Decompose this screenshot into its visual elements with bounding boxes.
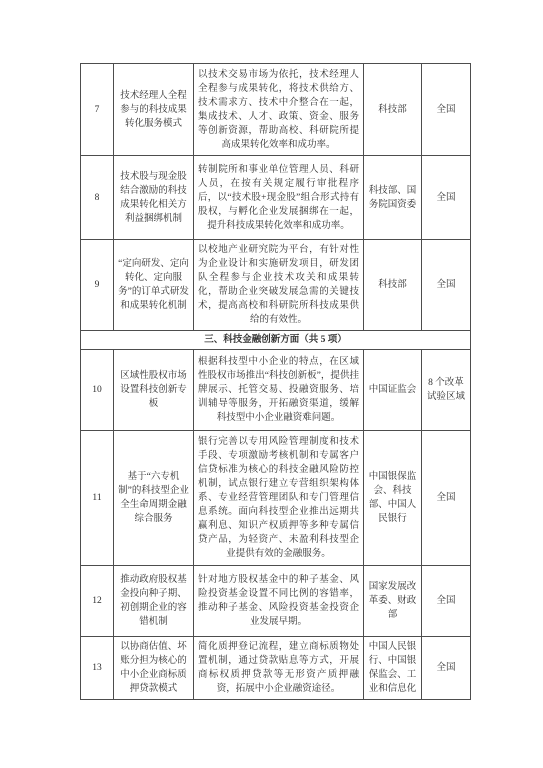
department-cell: 中国银保监会、科技部、中国人民银行 [364, 431, 422, 566]
scope-cell: 全国 [422, 431, 471, 566]
measure-description-cell: 根据科技型中小企业的特点，在区域性股权市场推出“科技创新板”，提供挂牌展示、托管… [194, 350, 364, 431]
measure-title-cell: 区域性股权市场设置科技创新专板 [114, 350, 194, 431]
table-row-12: 12 推动政府股权基金投向种子期、初创期企业的容错机制 针对地方股权基金中的种子… [81, 566, 471, 637]
department-cell: 中国人民银行、中国银保监会、工业和信息化 [364, 637, 422, 700]
department-cell: 国家发展改革委、财政部 [364, 566, 422, 637]
measure-title-cell: 推动政府股权基金投向种子期、初创期企业的容错机制 [114, 566, 194, 637]
measure-description-cell: 以校地产业研究院为平台，有针对性为企业设计和实施研发项目，研发团队全程参与企业技… [194, 240, 364, 331]
table-row-13: 13 以协商估值、坏账分担为核心的中小企业商标质押贷款模式 简化质押登记流程，建… [81, 637, 471, 700]
department-cell: 科技部、国务院国资委 [364, 156, 422, 240]
measure-description-cell: 针对地方股权基金中的种子基金、风险投资基金设置不同比例的容错率，推动种子基金、风… [194, 566, 364, 637]
measure-title-cell: “定向研发、定向转化、定向服务”的订单式研发和成果转化机制 [114, 240, 194, 331]
row-number-cell: 12 [81, 566, 114, 637]
table-row-7: 7 技术经理人全程参与的科技成果转化服务模式 以技术交易市场为依托，技术经理人全… [81, 64, 471, 156]
scope-cell: 全国 [422, 637, 471, 700]
row-number-cell: 11 [81, 431, 114, 566]
department-cell: 中国证监会 [364, 350, 422, 431]
scope-cell: 全国 [422, 566, 471, 637]
row-number-cell: 7 [81, 64, 114, 156]
measure-description-cell: 简化质押登记流程，建立商标质物处置机制，通过贷款贴息等方式，开展商标权质押贷款等… [194, 637, 364, 700]
department-cell: 科技部 [364, 64, 422, 156]
table-row-11: 11 基于“六专机制”的科技型企业全生命周期金融综合服务 银行完善以专用风险管理… [81, 431, 471, 566]
table-row-8: 8 技术股与现金股结合激励的科技成果转化相关方利益捆绑机制 转制院所和事业单位管… [81, 156, 471, 240]
scope-cell: 全国 [422, 64, 471, 156]
measure-description-cell: 银行完善以专用风险管理制度和技术手段、专项激励考核机制和专属客户信贷标准为核心的… [194, 431, 364, 566]
measure-title-cell: 技术经理人全程参与的科技成果转化服务模式 [114, 64, 194, 156]
row-number-cell: 9 [81, 240, 114, 331]
scope-cell: 8 个改革试验区域 [422, 350, 471, 431]
section-header-row: 三、科技金融创新方面（共 5 项） [81, 331, 471, 350]
row-number-cell: 13 [81, 637, 114, 700]
section-header: 三、科技金融创新方面（共 5 项） [81, 331, 471, 350]
table-row-10: 10 区域性股权市场设置科技创新专板 根据科技型中小企业的特点，在区域性股权市场… [81, 350, 471, 431]
measure-description-cell: 转制院所和事业单位管理人员、科研人员，在按有关规定履行审批程序后，以“技术股+现… [194, 156, 364, 240]
row-number-cell: 8 [81, 156, 114, 240]
measure-title-cell: 技术股与现金股结合激励的科技成果转化相关方利益捆绑机制 [114, 156, 194, 240]
scope-cell: 全国 [422, 156, 471, 240]
table-row-9: 9 “定向研发、定向转化、定向服务”的订单式研发和成果转化机制 以校地产业研究院… [81, 240, 471, 331]
measure-title-cell: 基于“六专机制”的科技型企业全生命周期金融综合服务 [114, 431, 194, 566]
policy-measures-table: 7 技术经理人全程参与的科技成果转化服务模式 以技术交易市场为依托，技术经理人全… [80, 63, 471, 700]
scope-cell: 全国 [422, 240, 471, 331]
measure-description-cell: 以技术交易市场为依托，技术经理人全程参与成果转化，将技术供给方、技术需求方、技术… [194, 64, 364, 156]
row-number-cell: 10 [81, 350, 114, 431]
department-cell: 科技部 [364, 240, 422, 331]
measure-title-cell: 以协商估值、坏账分担为核心的中小企业商标质押贷款模式 [114, 637, 194, 700]
